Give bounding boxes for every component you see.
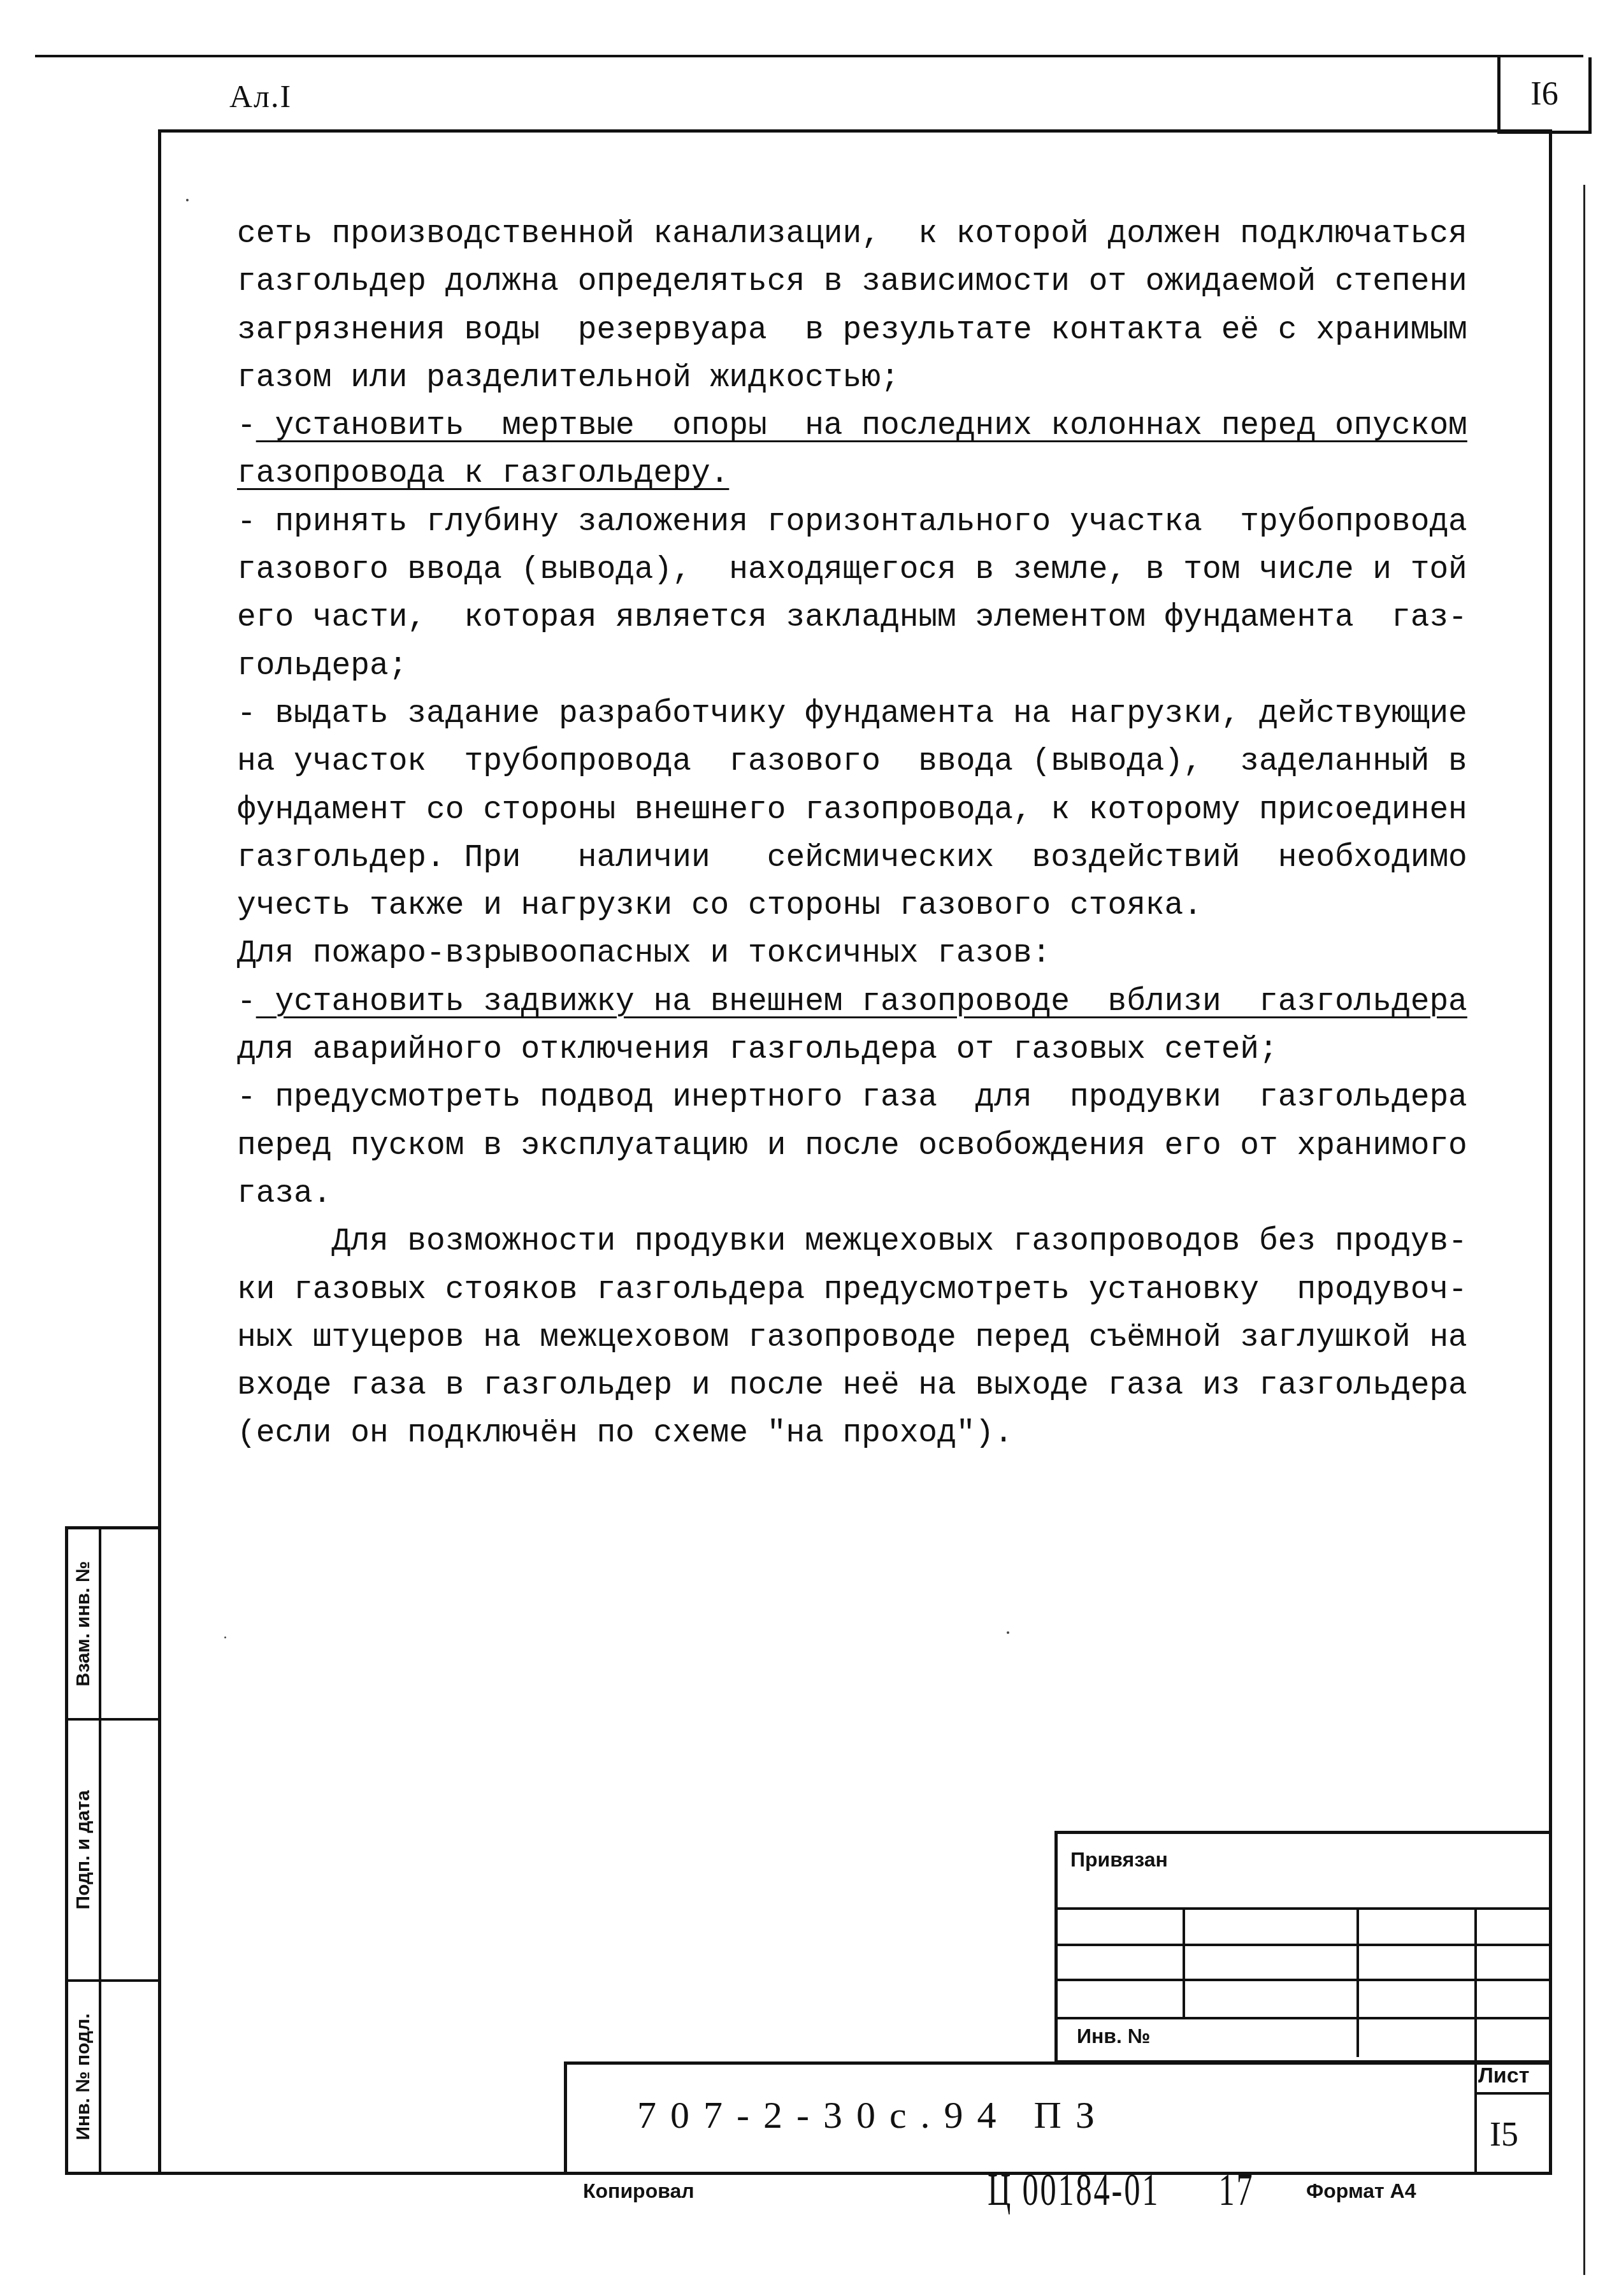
scan-speck	[224, 1636, 226, 1638]
side-stamp: Взам. инв. № Подп. и дата Инв. № подл.	[65, 1526, 161, 2175]
body-line: - установить мертвые опоры на последних …	[237, 402, 1511, 450]
body-line: Для возможности продувки межцеховых газо…	[237, 1218, 1511, 1266]
side-cell-signature-date: Подп. и дата	[68, 1721, 161, 1982]
page-number-top-text: I6	[1530, 75, 1558, 113]
body-line: на участок трубопровода газового ввода (…	[237, 738, 1511, 786]
page-edge-line	[1583, 185, 1585, 2275]
body-line: газгольдер должна определяться в зависим…	[237, 258, 1511, 306]
body-line: ки газовых стояков газгольдера предусмот…	[237, 1266, 1511, 1314]
body-line: газа.	[237, 1170, 1511, 1218]
body-line: входе газа в газгольдер и после неё на в…	[237, 1362, 1511, 1410]
table-rule	[1054, 1979, 1552, 1981]
scan-speck	[1007, 1631, 1009, 1634]
body-line: - принять глубину заложения горизонтальн…	[237, 498, 1511, 546]
body-line: - предусмотреть подвод инертного газа дл…	[237, 1074, 1511, 1122]
body-line: для аварийного отключения газгольдера от…	[237, 1026, 1511, 1074]
body-line: газового ввода (вывода), находящегося в …	[237, 546, 1511, 594]
sheet-number: I5	[1490, 2114, 1518, 2154]
body-line: сеть производственной канализации, к кот…	[237, 210, 1511, 258]
handwritten-archive-code: Ц 00184-01 17	[988, 2163, 1255, 2216]
body-line: Для пожаро-взрывоопасных и токсичных газ…	[237, 930, 1511, 978]
body-line: (если он подключён по схеме "на проход")…	[237, 1410, 1511, 1457]
body-line: газом или разделительной жидкостью;	[237, 354, 1511, 402]
sheet-id: Ал.I	[229, 78, 292, 115]
body-line: перед пуском в эксплуатацию и после осво…	[237, 1122, 1511, 1170]
top-border-line	[35, 55, 1583, 57]
inv-label: Инв. №	[1077, 2025, 1150, 2048]
body-line: газопровода к газгольдеру.	[237, 450, 1511, 498]
body-line: гольдера;	[237, 642, 1511, 690]
side-label-signature-date: Подп. и дата	[73, 1790, 94, 1909]
body-line: учесть также и нагрузки со стороны газов…	[237, 882, 1511, 930]
body-line: его части, которая является закладным эл…	[237, 594, 1511, 642]
side-cell-original-inv: Инв. № подл.	[68, 1982, 161, 2172]
format-label: Формат А4	[1306, 2179, 1416, 2203]
body-line: - установить задвижку на внешнем газопро…	[237, 978, 1511, 1026]
page-number-top: I6	[1497, 57, 1592, 134]
side-cell-replacement-inv: Взам. инв. №	[68, 1529, 161, 1721]
document-code: 707-2-30с.94 ПЗ	[637, 2093, 1109, 2137]
body-line: ных штуцеров на межцеховом газопроводе п…	[237, 1314, 1511, 1362]
table-rule	[1356, 1907, 1359, 2057]
side-label-original-inv: Инв. № подл.	[73, 2013, 94, 2140]
table-rule	[1474, 1907, 1477, 2063]
bound-label: Привязан	[1070, 1848, 1168, 1872]
body-text: сеть производственной канализации, к кот…	[237, 210, 1511, 1458]
table-rule	[1474, 2061, 1477, 2175]
table-rule	[1054, 1944, 1552, 1946]
table-rule	[1054, 1907, 1552, 1910]
table-rule	[1474, 2092, 1552, 2095]
body-line: - выдать задание разработчику фундамента…	[237, 690, 1511, 738]
scan-speck	[186, 199, 189, 201]
handwritten-number: 17	[1219, 2164, 1255, 2215]
body-line: фундамент со стороны внешнего газопровод…	[237, 786, 1511, 834]
body-line: загрязнения воды резервуара в результате…	[237, 307, 1511, 354]
sheet-label: Лист	[1478, 2063, 1529, 2088]
table-rule	[1054, 2017, 1552, 2019]
copied-label: Копировал	[583, 2179, 694, 2203]
side-label-replacement-inv: Взам. инв. №	[73, 1561, 94, 1687]
body-line: газгольдер. При наличии сейсмических воз…	[237, 834, 1511, 882]
table-rule	[1183, 1907, 1185, 2017]
handwritten-code: Ц 00184-01	[988, 2164, 1160, 2215]
